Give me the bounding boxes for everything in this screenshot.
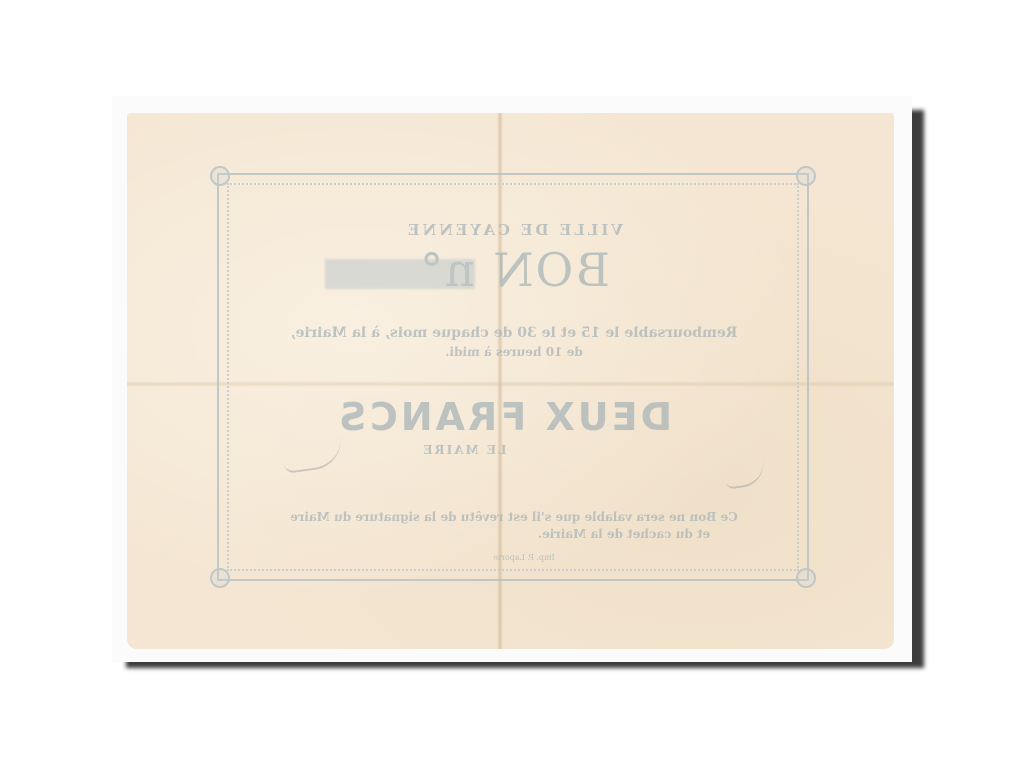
- serial-stamp: [325, 259, 475, 289]
- validity-text-2: et du cachet de la Mairie.: [474, 527, 774, 541]
- show-through-print: VILLE DE CAYENNE BON n° Remboursable le …: [127, 113, 894, 649]
- signature-label: LE MAIRE: [404, 443, 524, 457]
- printer-imprint: Imp. P. Laporte: [454, 553, 594, 562]
- denomination-text: DEUX FRANCS: [294, 395, 714, 439]
- banknote: VILLE DE CAYENNE BON n° Remboursable le …: [127, 113, 894, 649]
- redemption-text-2: de 10 heures à midi.: [364, 345, 664, 359]
- issuer-text: VILLE DE CAYENNE: [364, 221, 664, 239]
- validity-text-1: Ce Bon ne sera valable que s'il est revê…: [234, 510, 794, 524]
- redemption-text-1: Remboursable le 15 et le 30 de chaque mo…: [284, 325, 744, 341]
